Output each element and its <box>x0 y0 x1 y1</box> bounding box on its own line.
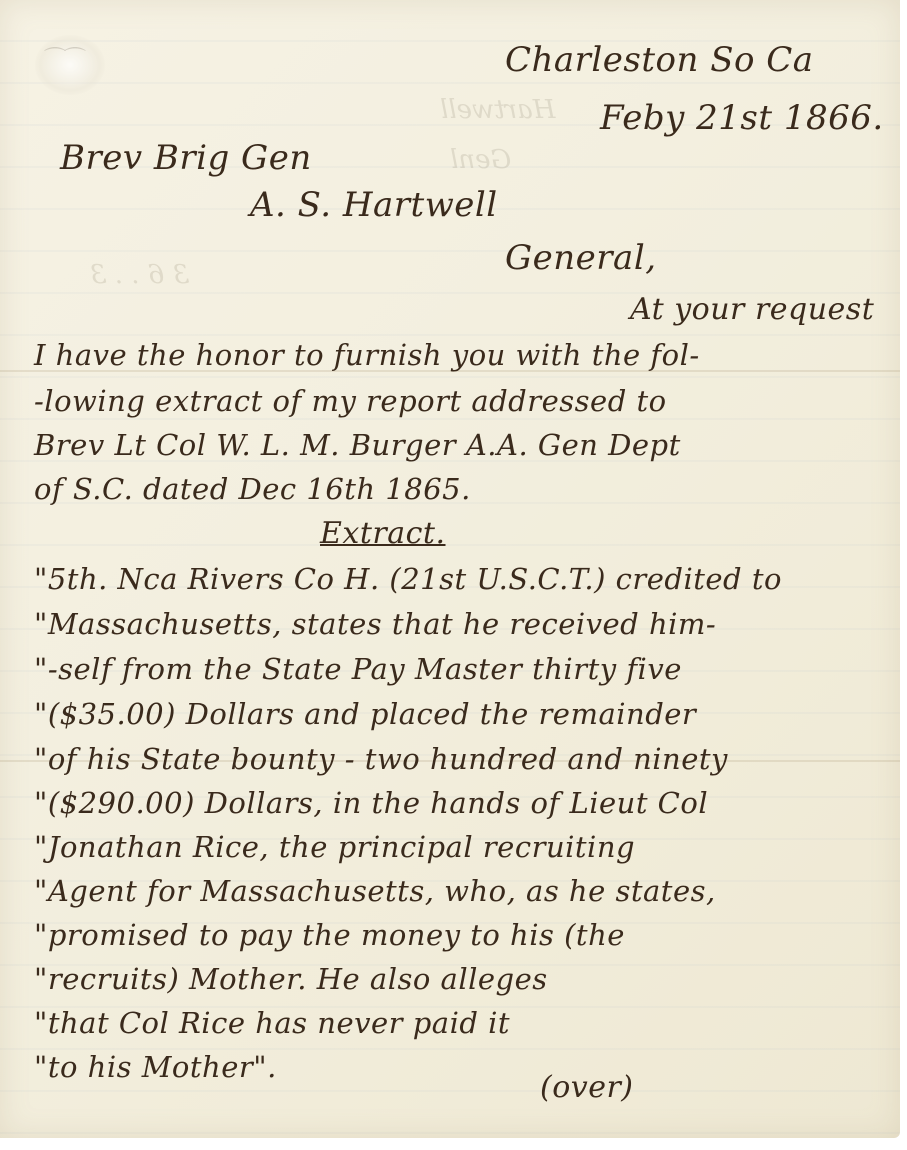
extract-line: "-self from the State Pay Master thirty … <box>34 652 682 686</box>
extract-line: "to his Mother". <box>34 1050 277 1084</box>
extract-line: "Agent for Massachusetts, who, as he sta… <box>34 874 716 908</box>
bleed-through-text: Hartwell <box>440 95 555 125</box>
body-line: Brev Lt Col W. L. M. Burger A.A. Gen Dep… <box>34 428 681 462</box>
extract-title: Extract. <box>320 516 446 551</box>
extract-line: "that Col Rice has never paid it <box>34 1006 510 1040</box>
bleed-through-text: 3 6 . . 3 <box>90 260 189 290</box>
body-line: I have the honor to furnish you with the… <box>34 338 700 372</box>
body-line: of S.C. dated Dec 16th 1865. <box>34 472 471 506</box>
bleed-through-text: Genl <box>450 145 511 175</box>
body-line: -lowing extract of my report addressed t… <box>34 384 667 418</box>
extract-line: "Jonathan Rice, the principal recruiting <box>34 830 635 864</box>
letter-date: Feby 21st 1866. <box>600 98 884 138</box>
extract-line: "Massachusetts, states that he received … <box>34 607 716 641</box>
extract-line: "($290.00) Dollars, in the hands of Lieu… <box>34 786 708 820</box>
continuation-note: (over) <box>540 1070 634 1105</box>
extract-line: "5th. Nca Rivers Co H. (21st U.S.C.T.) c… <box>34 562 782 596</box>
letter-sheet: ⌒⌒ Hartwell Genl 3 6 . . 3 Charleston So… <box>0 0 900 1138</box>
extract-line: "of his State bounty - two hundred and n… <box>34 742 728 776</box>
extract-line: "($35.00) Dollars and placed the remaind… <box>34 697 696 731</box>
emboss-mark: ⌒⌒ <box>44 42 84 73</box>
recipient-rank: Brev Brig Gen <box>60 138 312 178</box>
recipient-name: A. S. Hartwell <box>250 185 498 225</box>
extract-line: "promised to pay the money to his (the <box>34 918 625 952</box>
letter-place: Charleston So Ca <box>505 40 814 80</box>
body-opening: At your request <box>630 292 874 327</box>
salutation-greeting: General, <box>505 238 657 278</box>
extract-line: "recruits) Mother. He also alleges <box>34 962 548 996</box>
